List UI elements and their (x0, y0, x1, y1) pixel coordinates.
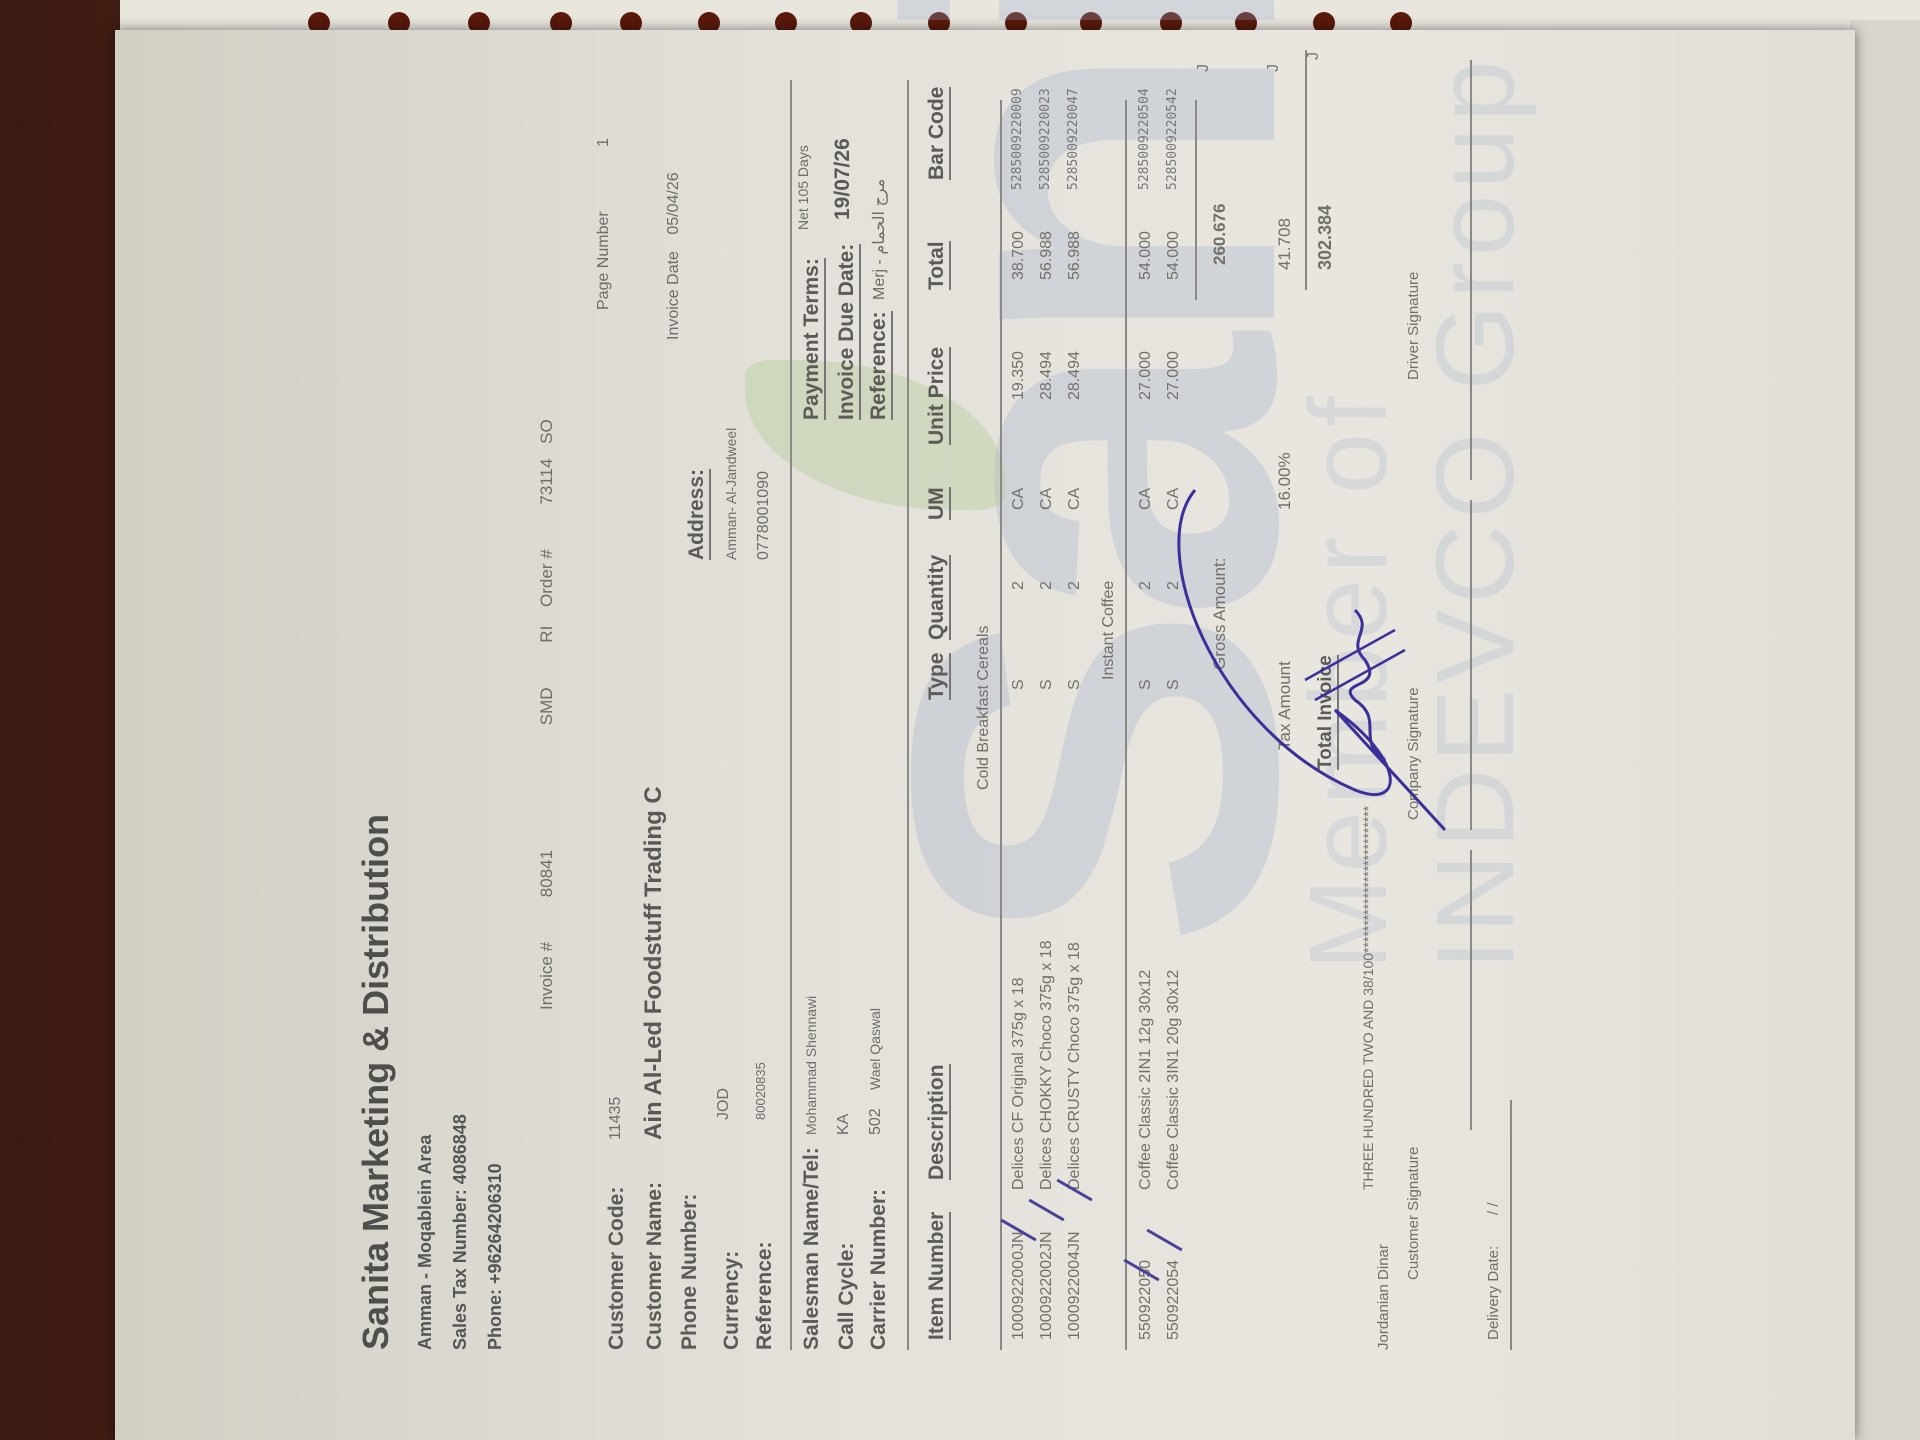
company-area: Amman - Moqablein Area (415, 1135, 436, 1350)
cell-price: 27.000 (1165, 351, 1183, 400)
divider (1125, 100, 1127, 1350)
reference-value: 80020835 (753, 1062, 768, 1120)
invoice-paper: Sanita Member of INDEVCO Group Sanita Ma… (115, 30, 1855, 1440)
sales-reference-label: Reference: (867, 311, 893, 420)
cell-total: 54.000 (1137, 231, 1155, 280)
cell-item: 1000922004JN (1066, 1231, 1084, 1340)
smd-label: SMD (537, 687, 556, 725)
invoice-date-label: Invoice Date (665, 251, 682, 340)
cell-price: 27.000 (1137, 351, 1155, 400)
cell-qty: 2 (1038, 581, 1056, 590)
col-quantity: Quantity (925, 555, 951, 640)
phone-value: +96264206310 (485, 1163, 505, 1284)
salesman-name: Mohammad Shennawi (803, 996, 819, 1135)
order-number: 73114 (537, 459, 556, 505)
cell-desc: Delices CHOKKY Choco 375g x 18 (1038, 940, 1056, 1190)
driver-signature-label: Driver Signature (1405, 272, 1422, 380)
call-cycle-label: Call Cycle: (835, 1243, 859, 1350)
cell-um: CA (1038, 488, 1056, 510)
order-type: SO (537, 419, 556, 444)
sales-reference-value: Merj - مرج الحمام (869, 179, 889, 300)
sales-tax: Sales Tax Number: 4086848 (450, 1114, 471, 1350)
cell-desc: Coffee Classic 2IN1 12g 30x12 (1137, 970, 1155, 1190)
currency-value: JOD (715, 1088, 733, 1120)
customer-name: Ain Al-Led Foodstuff Trading C (640, 786, 668, 1140)
cell-barcode: 5285009220009 (1010, 88, 1025, 190)
group-instant-coffee: Instant Coffee (1100, 581, 1118, 680)
sales-tax-value: 4086848 (450, 1114, 470, 1184)
divider (907, 80, 909, 1350)
cell-type: S (1010, 679, 1028, 690)
payment-terms-value: Net 105 Days (795, 145, 811, 230)
page-number: Page Number 1 (595, 138, 613, 310)
cell-total: 56.988 (1038, 231, 1056, 280)
carrier-number: 502 (867, 1108, 885, 1135)
gross-currency: J (1195, 64, 1213, 72)
cell-qty: 2 (1010, 581, 1028, 590)
address-value: Amman- Al-Jandweel (723, 428, 739, 560)
invoice-number: 80841 (537, 850, 556, 897)
cell-type: S (1066, 679, 1084, 690)
invoice-line: Invoice # 80841 SMD RI Order # 73114 SO (537, 419, 557, 1010)
signature-line-driver (1470, 60, 1472, 480)
phone-number-label: Phone Number: (678, 1194, 702, 1350)
due-date-label: Invoice Due Date: (835, 244, 861, 420)
check-mark-icon (1146, 1229, 1182, 1252)
cell-desc: Delices CRUSTY Choco 375g x 18 (1066, 942, 1084, 1190)
cell-qty: 2 (1137, 581, 1155, 590)
total-currency: J (1305, 52, 1323, 60)
cell-um: CA (1066, 488, 1084, 510)
cell-desc: Coffee Classic 3IN1 20g 30x12 (1165, 970, 1183, 1190)
payment-terms-label: Payment Terms: (800, 258, 826, 420)
cell-um: CA (1137, 488, 1155, 510)
cell-item: 1000922000JN (1010, 1231, 1028, 1340)
customer-code-label: Customer Code: (605, 1187, 629, 1350)
cell-barcode: 5285009220023 (1038, 88, 1053, 190)
delivery-date-value: / / (1485, 1202, 1502, 1215)
cell-price: 28.494 (1066, 351, 1084, 400)
cell-barcode: 5285009220504 (1137, 88, 1152, 190)
col-total: Total (925, 241, 951, 290)
salesman-label: Salesman Name/Tel: (800, 1147, 824, 1350)
cell-price: 28.494 (1038, 351, 1056, 400)
phone-label: Phone: (485, 1289, 505, 1350)
cell-total: 38.700 (1010, 231, 1028, 280)
col-bar-code: Bar Code (925, 87, 951, 180)
due-date-value: 19/07/26 (831, 138, 855, 220)
cell-um: CA (1010, 488, 1028, 510)
gross-amount-value: 260.676 (1210, 204, 1230, 265)
col-item-number: Item Number (925, 1212, 951, 1340)
cell-total: 54.000 (1165, 231, 1183, 280)
col-unit-price: Unit Price (925, 347, 951, 445)
cell-barcode: 5285009220047 (1066, 88, 1081, 190)
cell-item: 1000922002JN (1038, 1231, 1056, 1340)
carrier-label: Carrier Number: (867, 1189, 891, 1350)
customer-name-label: Customer Name: (643, 1182, 667, 1350)
amount-in-words: THREE HUNDRED TWO AND 38/100************… (1360, 806, 1376, 1190)
col-type: Type (925, 653, 951, 700)
address-phone: 0778001090 (755, 471, 773, 560)
customer-signature-label: Customer Signature (1405, 1147, 1422, 1280)
group-cold-breakfast-cereals: Cold Breakfast Cereals (975, 625, 993, 790)
invoice-date: Invoice Date 05/04/26 (665, 172, 683, 340)
currency-name: Jordanian Dinar (1375, 1244, 1392, 1350)
col-um: UM (925, 487, 951, 520)
handwritten-signature-icon (1155, 430, 1455, 850)
signature-line-company (1470, 500, 1472, 830)
divider (1195, 100, 1197, 300)
cell-price: 19.350 (1010, 351, 1028, 400)
carrier-name: Wael Qaswal (867, 1008, 883, 1090)
divider (1000, 100, 1002, 1350)
page-number-label: Page Number (595, 211, 612, 310)
sales-tax-label: Sales Tax Number: (450, 1189, 470, 1350)
delivery-date-label: Delivery Date: (1485, 1246, 1502, 1340)
currency-label: Currency: (720, 1251, 744, 1350)
address-label: Address: (685, 469, 711, 560)
invoice-label: Invoice # (537, 942, 556, 1010)
col-description: Description (925, 1064, 951, 1180)
total-invoice-value: 302.384 (1315, 205, 1336, 270)
cell-type: S (1137, 679, 1155, 690)
check-mark-icon (1028, 1199, 1064, 1222)
cell-total: 56.988 (1066, 231, 1084, 280)
company-name: Sanita Marketing & Distribution (355, 814, 397, 1350)
cell-barcode: 5285009220542 (1165, 88, 1180, 190)
company-phone: Phone: +96264206310 (485, 1163, 506, 1350)
cell-item: 550922054 (1165, 1260, 1183, 1340)
signature-line-customer (1470, 850, 1472, 1130)
customer-code: 11435 (607, 1097, 625, 1140)
divider (790, 80, 792, 1350)
delivery-date-line (1510, 1100, 1512, 1350)
page-number-value: 1 (595, 138, 612, 147)
invoice-date-value: 05/04/26 (665, 172, 682, 234)
tax-currency: J (1265, 64, 1283, 72)
cell-type: S (1038, 679, 1056, 690)
ri-label: RI (537, 626, 556, 643)
divider (1305, 50, 1307, 290)
order-label: Order # (537, 549, 556, 607)
reference-label: Reference: (753, 1241, 777, 1350)
tax-amount-value: 41.708 (1275, 218, 1295, 270)
invoice-document: Sanita Member of INDEVCO Group Sanita Ma… (275, 30, 1920, 1390)
call-cycle-value: KA (835, 1114, 853, 1135)
cell-desc: Delices CF Original 375g x 18 (1010, 977, 1028, 1190)
cell-qty: 2 (1066, 581, 1084, 590)
